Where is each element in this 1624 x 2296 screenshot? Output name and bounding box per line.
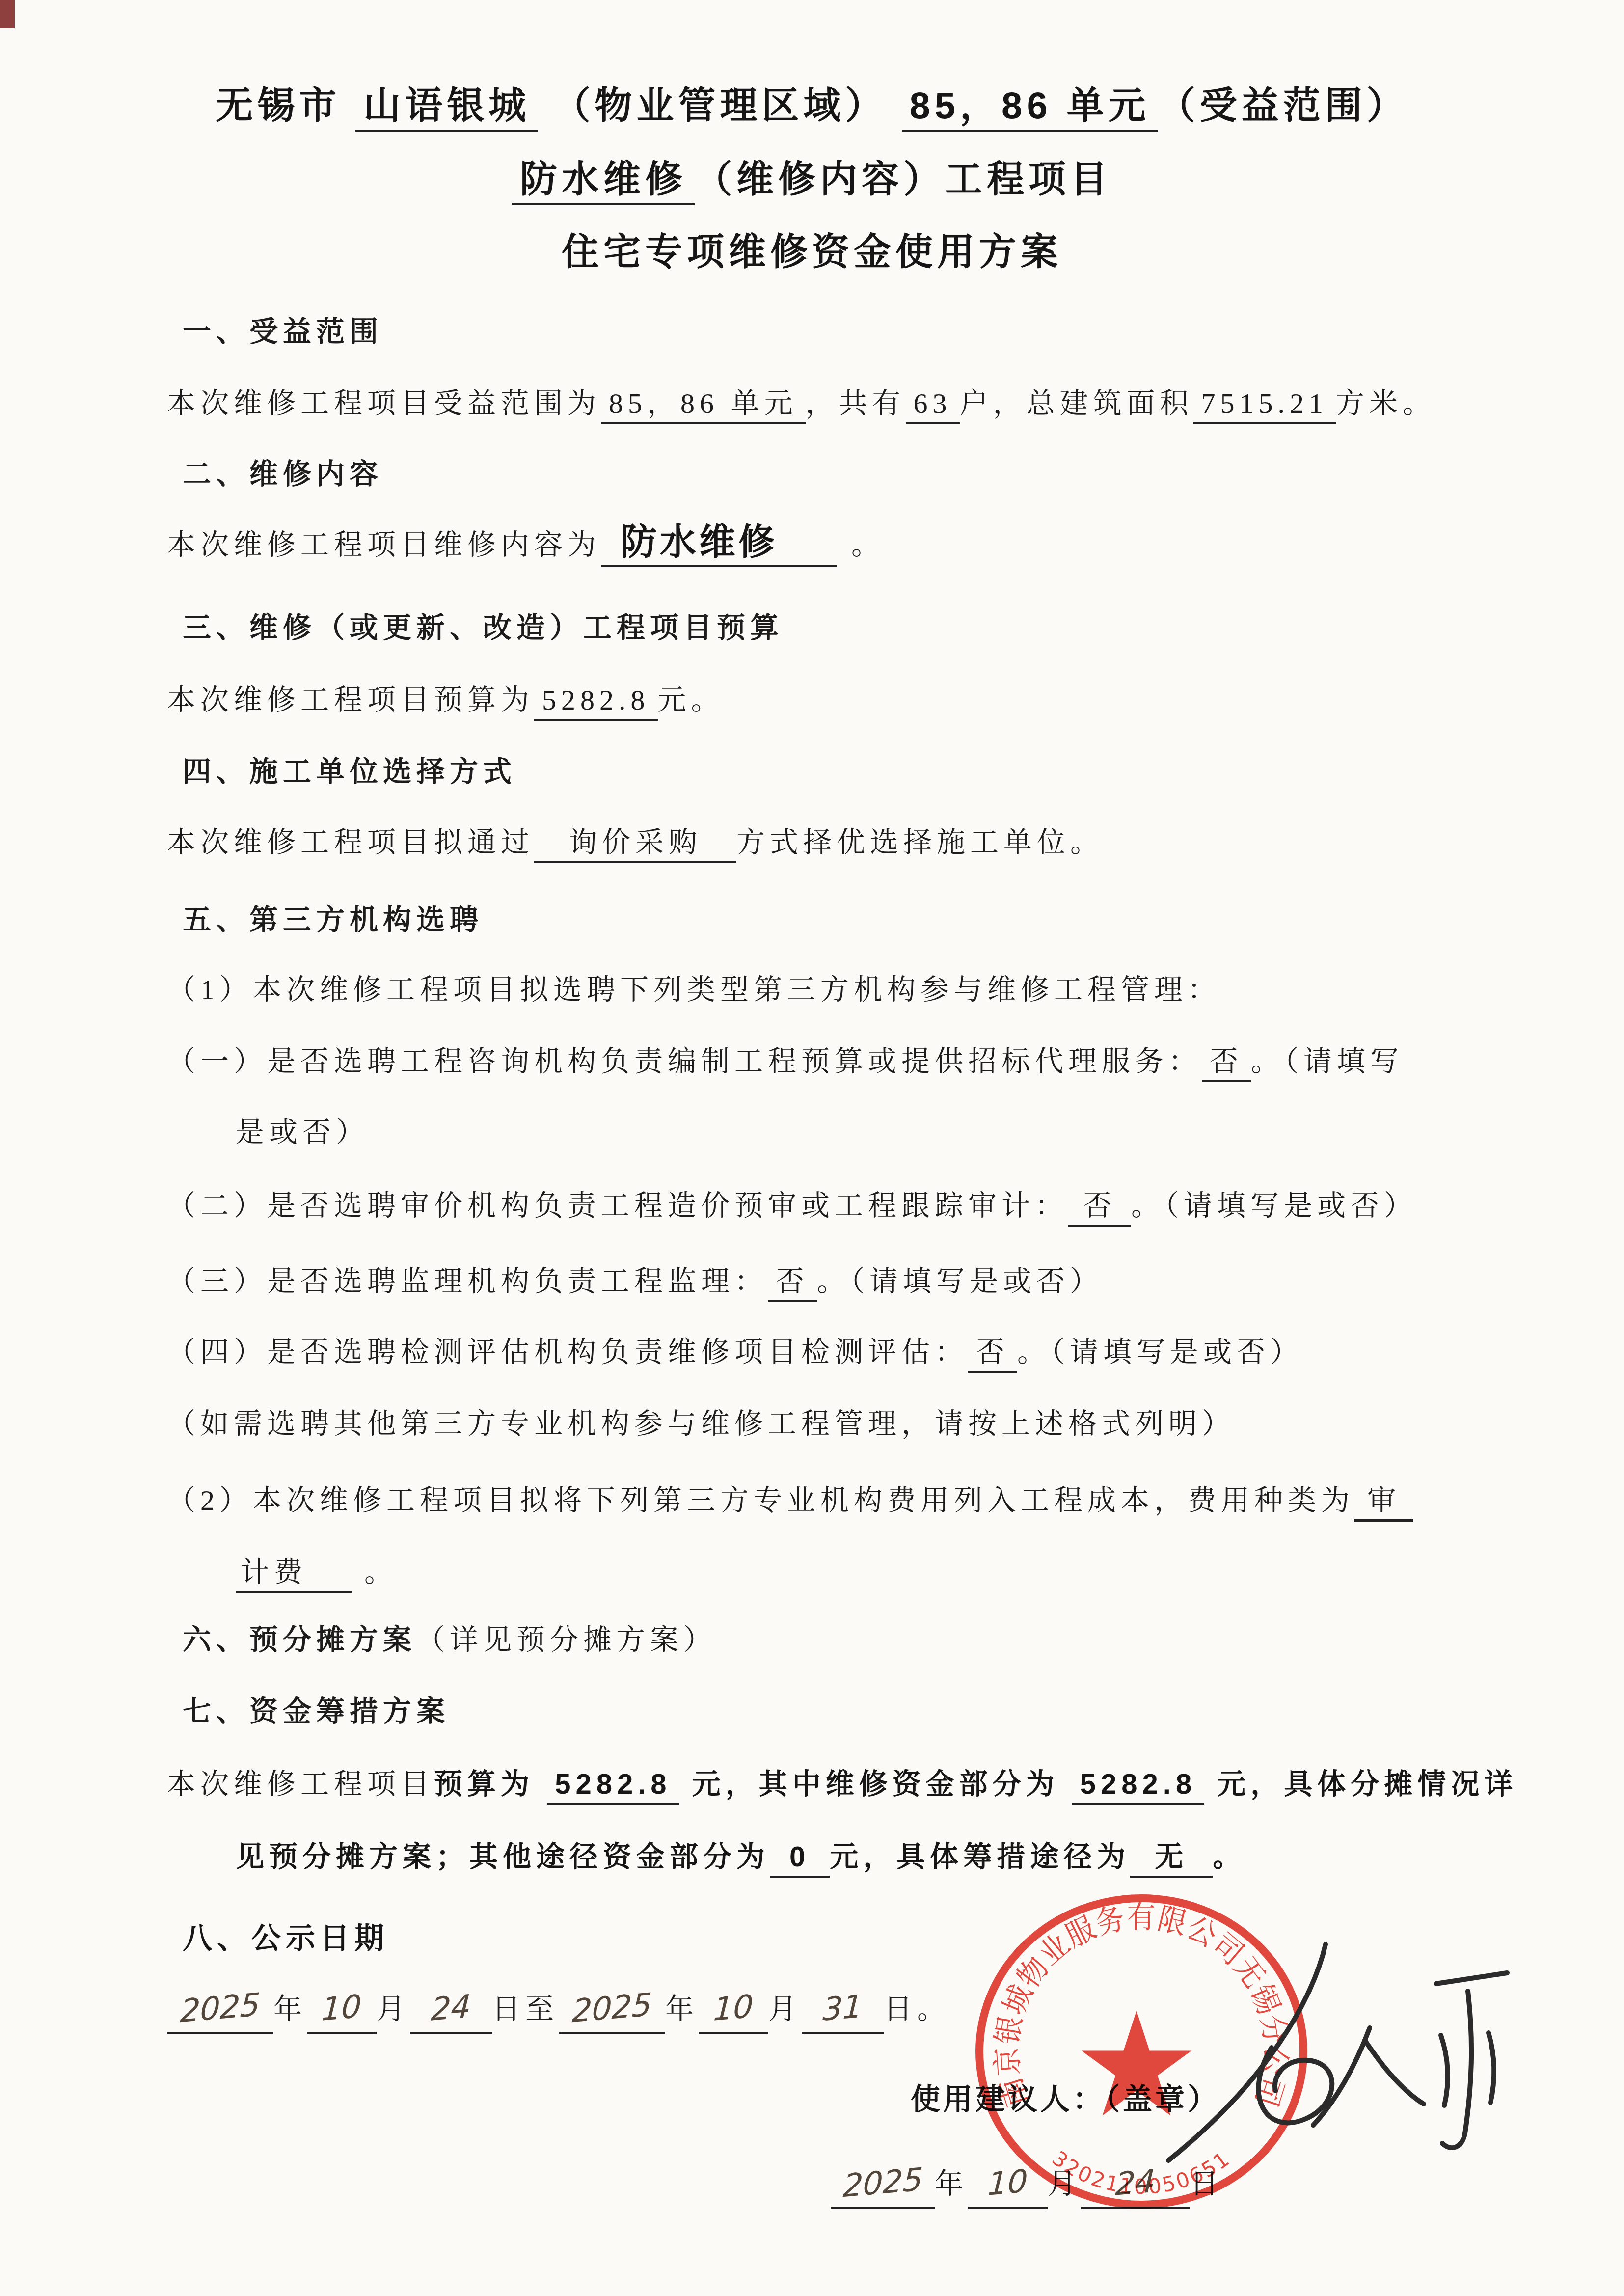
s5-q2-text: （二）是否选聘审价机构负责工程造价预审或工程跟踪审计： bbox=[167, 1190, 1068, 1222]
fill-budget-amount: 5282.8 bbox=[534, 684, 658, 721]
section7-paragraph-1: 本次维修工程项目预算为 5282.8 元，其中维修资金部分为 5282.8 元，… bbox=[167, 1767, 1517, 1803]
title-area-label: （物业管理区域） bbox=[538, 85, 901, 127]
s7-period: 。 bbox=[1213, 1841, 1246, 1873]
s6-heading-text: 六、预分摊方案 bbox=[183, 1624, 416, 1656]
title-city: 无锡市 bbox=[216, 85, 355, 127]
signature bbox=[1124, 1925, 1527, 2200]
hw-sign-year: 2025 bbox=[842, 2160, 923, 2207]
section8-date-line: 2025年10月24日至2025年10月31日。 bbox=[167, 1989, 950, 2034]
fill-procurement-method: 询价采购 bbox=[534, 826, 736, 863]
section4-heading: 四、施工单位选择方式 bbox=[183, 754, 516, 790]
fill-building-area: 7515.21 bbox=[1193, 387, 1336, 424]
fill-benefit-scope: 85，86 单元 bbox=[601, 387, 806, 424]
label-month-1: 月 bbox=[377, 1993, 410, 2025]
hw-start-day: 24 bbox=[430, 1987, 472, 2030]
fill-benefit-units: 85，86 单元 bbox=[902, 85, 1158, 132]
s5-q1-text: （一）是否选聘工程咨询机构负责编制工程预算或提供招标代理服务： bbox=[167, 1045, 1202, 1077]
s7-bold-3: 元，具体分摊情况详 bbox=[1204, 1768, 1517, 1800]
s5-q4-text2: 。（请填写是或否） bbox=[1017, 1336, 1303, 1368]
section5-heading: 五、第三方机构选聘 bbox=[183, 902, 483, 938]
fill-q1-answer: 否 bbox=[1202, 1045, 1251, 1082]
s5-q4-text: （四）是否选聘检测评估机构负责维修项目检测评估： bbox=[167, 1336, 968, 1368]
publish-end-day-slot: 31 bbox=[802, 1989, 884, 2034]
s2-period: 。 bbox=[851, 529, 885, 561]
s1-text4: 方米。 bbox=[1336, 387, 1436, 419]
s5-p2-text: （2）本次维修工程项目拟将下列第三方专业机构费用列入工程成本，费用种类为 bbox=[167, 1484, 1354, 1516]
publish-end-month-slot: 10 bbox=[699, 1989, 768, 2034]
fill-q4-answer: 否 bbox=[968, 1336, 1017, 1373]
section5-item4: （四）是否选聘检测评估机构负责维修项目检测评估：否。（请填写是或否） bbox=[167, 1335, 1303, 1370]
s1-text2: ，共有 bbox=[806, 387, 906, 419]
signature-stroke-1 bbox=[1168, 1944, 1326, 2160]
s7-bold-2: 元，其中维修资金部分为 bbox=[679, 1768, 1072, 1800]
publish-end-year-slot: 2025 bbox=[559, 1989, 665, 2034]
s2-text: 本次维修工程项目维修内容为 bbox=[167, 529, 601, 561]
fill-household-count: 63 bbox=[906, 387, 960, 424]
s5-q2-text2: 。（请填写是或否） bbox=[1131, 1190, 1417, 1222]
s5-q1-text2: 。（请填写 bbox=[1251, 1045, 1404, 1077]
s5-p2-period: 。 bbox=[364, 1556, 398, 1588]
hw-start-year: 2025 bbox=[179, 1985, 261, 2032]
s3-text2: 元。 bbox=[658, 684, 725, 716]
hw-end-year: 2025 bbox=[571, 1985, 652, 2032]
fill-q2-answer: 否 bbox=[1068, 1190, 1131, 1227]
label-year-2: 年 bbox=[665, 1993, 699, 2025]
s5-q3-text2: 。（请填写是或否） bbox=[817, 1265, 1103, 1297]
section5-item1-cont: 是或否） bbox=[236, 1115, 369, 1150]
section2-paragraph: 本次维修工程项目维修内容为防水维修。 bbox=[167, 519, 885, 565]
signature-stroke-5 bbox=[1436, 1973, 1507, 1984]
s7-bold-5: 元，具体筹措途径为 bbox=[830, 1841, 1130, 1873]
section4-paragraph: 本次维修工程项目拟通过询价采购方式择优选择施工单位。 bbox=[167, 825, 1104, 861]
title-line-3: 住宅专项维修资金使用方案 bbox=[0, 229, 1624, 275]
title-project-label: （维修内容）工程项目 bbox=[695, 159, 1112, 200]
hw-end-day: 31 bbox=[822, 1987, 864, 2030]
section5-item2: （二）是否选聘审价机构负责工程造价预审或工程跟踪审计：否。（请填写是或否） bbox=[167, 1188, 1417, 1224]
section5-note: （如需选聘其他第三方专业机构参与维修工程管理，请按上述格式列明） bbox=[167, 1406, 1235, 1442]
s7-text: 本次维修工程项目 bbox=[167, 1768, 434, 1800]
section1-heading: 一、受益范围 bbox=[183, 314, 383, 350]
section6-heading: 六、预分摊方案（详见预分摊方案） bbox=[183, 1622, 717, 1658]
section5-item1: （一）是否选聘工程咨询机构负责编制工程预算或提供招标代理服务：否。（请填写 bbox=[167, 1044, 1404, 1080]
s1-text: 本次维修工程项目受益范围为 bbox=[167, 387, 601, 419]
signature-stroke-7 bbox=[1441, 2035, 1448, 2105]
title-benefit-label: （受益范围） bbox=[1158, 85, 1408, 127]
fill-repair-content: 防水维修 bbox=[601, 521, 837, 567]
document-page: 无锡市 山语银城 （物业管理区域） 85，86 单元（受益范围） 防水维修（维修… bbox=[0, 0, 1624, 2296]
fill-fee-type-1: 审 bbox=[1354, 1484, 1413, 1522]
publish-start-year-slot: 2025 bbox=[167, 1989, 273, 2034]
s6-heading-note: （详见预分摊方案） bbox=[416, 1624, 717, 1656]
section8-heading: 八、公示日期 bbox=[183, 1920, 389, 1957]
fill-total-budget: 5282.8 bbox=[547, 1768, 679, 1805]
fill-q3-answer: 否 bbox=[768, 1265, 817, 1302]
section3-heading: 三、维修（或更新、改造）工程项目预算 bbox=[183, 610, 784, 646]
label-month-2: 月 bbox=[768, 1993, 802, 2025]
label-day-to: 日至 bbox=[492, 1993, 559, 2025]
section1-paragraph: 本次维修工程项目受益范围为85，86 单元，共有63户，总建筑面积7515.21… bbox=[167, 386, 1436, 422]
label-year-1: 年 bbox=[273, 1993, 307, 2025]
signature-stroke-8 bbox=[1489, 2033, 1494, 2103]
section5-item5: （2）本次维修工程项目拟将下列第三方专业机构费用列入工程成本，费用种类为审 bbox=[167, 1483, 1413, 1519]
scan-edge-artifact bbox=[0, 0, 15, 28]
s7-bold-1: 预算为 bbox=[434, 1768, 547, 1800]
section5-item5-cont: 计费。 bbox=[236, 1555, 398, 1590]
section3-paragraph: 本次维修工程项目预算为5282.8元。 bbox=[167, 683, 725, 718]
s5-q3-text: （三）是否选聘监理机构负责工程监理： bbox=[167, 1265, 768, 1297]
section5-intro: （1）本次维修工程项目拟选聘下列类型第三方机构参与维修工程管理： bbox=[167, 972, 1221, 1008]
s4-text: 本次维修工程项目拟通过 bbox=[167, 826, 534, 858]
sign-year-slot: 2025 bbox=[831, 2163, 935, 2209]
signature-stroke-4 bbox=[1365, 2040, 1424, 2104]
title-line-2: 防水维修（维修内容）工程项目 bbox=[0, 156, 1624, 203]
section7-heading: 七、资金筹措方案 bbox=[183, 1694, 450, 1730]
section2-heading: 二、维修内容 bbox=[183, 457, 383, 492]
section5-item3: （三）是否选聘监理机构负责工程监理：否。（请填写是或否） bbox=[167, 1264, 1103, 1300]
publish-start-day-slot: 24 bbox=[410, 1989, 492, 2034]
publish-start-month-slot: 10 bbox=[307, 1989, 377, 2034]
fill-property-area-name: 山语银城 bbox=[355, 85, 538, 132]
s4-text2: 方式择优选择施工单位。 bbox=[736, 826, 1104, 858]
title-line-1: 无锡市 山语银城 （物业管理区域） 85，86 单元（受益范围） bbox=[0, 82, 1624, 129]
label-day-end: 日。 bbox=[884, 1993, 950, 2025]
hw-start-month: 10 bbox=[321, 1987, 362, 2030]
fill-fund-portion: 5282.8 bbox=[1072, 1768, 1204, 1805]
hw-end-month: 10 bbox=[712, 1987, 754, 2030]
fill-fee-type-2: 计费 bbox=[236, 1556, 352, 1593]
s7-bold-4: 见预分摊方案；其他途径资金部分为 bbox=[236, 1841, 770, 1873]
s1-text3: 户，总建筑面积 bbox=[960, 387, 1193, 419]
s3-text: 本次维修工程项目预算为 bbox=[167, 684, 534, 716]
fill-other-fund: 0 bbox=[770, 1841, 830, 1878]
fill-repair-content-title: 防水维修 bbox=[512, 159, 695, 205]
